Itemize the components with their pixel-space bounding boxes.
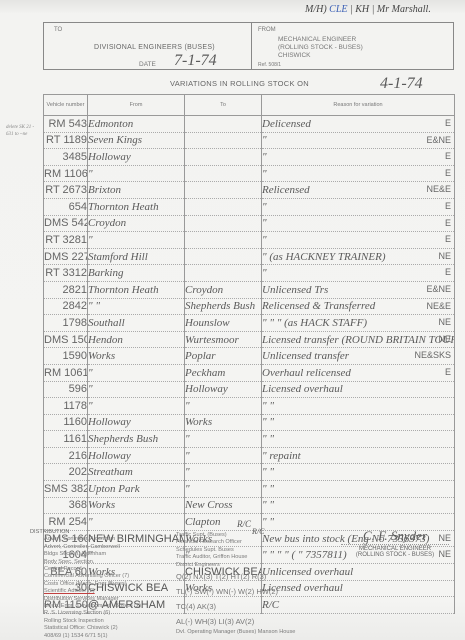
to-garage: ": [185, 398, 262, 415]
to-garage: Croydon: [185, 281, 262, 298]
from-line-2: (ROLLING STOCK - BUSES): [278, 44, 363, 51]
reason-cell: " ": [262, 464, 455, 481]
reason-text: " ": [262, 433, 274, 445]
reason-cell: Unlicensed transferNE&SKS: [262, 348, 455, 365]
to-garage: Works: [185, 414, 262, 431]
district-code-line: TL(-) SW(-) WN(-) W(2) HW(2): [176, 584, 295, 599]
title-date: 4-1-74: [380, 75, 423, 93]
distribution-list-2: Traffic Supt. (Buses)Financial Research …: [176, 532, 295, 636]
table-row: 216Holloway"" repaint: [44, 447, 455, 464]
distribution-footer: Dvl. Operating Manager (Buses) Manson Ho…: [176, 629, 295, 636]
from-garage: ": [88, 364, 185, 381]
routing-blue-mark: CLE: [329, 4, 347, 15]
region-code: NE&SKS: [414, 350, 451, 360]
from-garage: Holloway: [88, 149, 185, 166]
vehicle-number: 596: [44, 381, 88, 398]
region-code: E: [445, 367, 451, 377]
reason-cell: " " " (as HACK STAFF)NE: [262, 315, 455, 332]
reason-text: ": [262, 168, 267, 180]
distribution-item: Distribution Services Manager: [30, 596, 141, 603]
table-row: RT 3312Barking"E: [44, 265, 455, 282]
reason-cell: " ": [262, 481, 455, 498]
to-garage: Wurtesmoor: [185, 331, 262, 348]
reason-text: ": [262, 267, 267, 279]
from-label: FROM: [258, 27, 276, 33]
reason-text: " ": [262, 400, 274, 412]
to-section: TO DIVISIONAL ENGINEERS (BUSES) DATE 7-1…: [44, 23, 252, 69]
to-garage: [185, 165, 262, 182]
table-row: 1798SouthallHounslow" " " (as HACK STAFF…: [44, 315, 455, 332]
region-code: NE&E: [426, 184, 451, 194]
table-row: 1178""" ": [44, 398, 455, 415]
to-garage: ": [185, 464, 262, 481]
table-row: 2821Thornton HeathCroydonUnlicensed TrsE…: [44, 281, 455, 298]
from-garage: Edmonton: [88, 116, 185, 133]
reason-cell: "E&NE: [262, 132, 455, 149]
table-row: RM 1061"PeckhamOverhaul relicensedE: [44, 364, 455, 381]
region-code: E: [445, 168, 451, 178]
vehicle-number: 654: [44, 198, 88, 215]
from-garage: Upton Park: [88, 481, 185, 498]
to-garage: New Cross: [185, 497, 262, 514]
table-row: 202Streatham"" ": [44, 464, 455, 481]
distribution-item: Financial Research Officer: [176, 539, 295, 546]
from-garage: ": [88, 232, 185, 249]
distribution-item: Advert, Controller, Aldenham: [30, 536, 141, 543]
to-garage: [185, 265, 262, 282]
vehicle-number: 2842: [44, 298, 88, 315]
reason-cell: Unlicensed TrsE&NE: [262, 281, 455, 298]
from-garage: Hendon: [88, 331, 185, 348]
reason-text: " ": [262, 466, 274, 478]
table-header: Vehicle number From To Reason for variat…: [44, 95, 455, 116]
margin-note: delete SK 21 - 631 to ~ne: [6, 124, 38, 138]
reason-text: Licensed transfer (ROUND BRITAIN TOUR): [262, 334, 455, 346]
table-row: 654Thornton Heath"E: [44, 198, 455, 215]
reason-text: ": [262, 217, 267, 229]
reason-cell: DelicensedE: [262, 116, 455, 133]
distribution-item: Central Record: [30, 566, 141, 573]
distribution-item: Advert, Controller, Camberwell: [30, 544, 141, 551]
reason-text: ": [262, 201, 267, 213]
from-garage: Holloway: [88, 447, 185, 464]
reason-text: Unlicensed Trs: [262, 284, 328, 296]
region-code: E: [445, 201, 451, 211]
distribution-item: R. S. Licensing Section (6): [30, 610, 141, 617]
vehicle-number: 368: [44, 497, 88, 514]
distribution-item: Bldgs Section, Aldenham: [30, 551, 141, 558]
vehicle-number: 202: [44, 464, 88, 481]
to-garage: [185, 198, 262, 215]
vehicle-number: 2821: [44, 281, 88, 298]
reason-text: " ": [262, 483, 274, 495]
date-label: DATE: [139, 61, 156, 68]
rc-mark: R/C: [237, 519, 251, 529]
col-to: To: [185, 95, 262, 116]
table-row: RT 2673BrixtonRelicensedNE&E: [44, 182, 455, 199]
distribution-item: Statistical Office: Chiswick (2): [30, 625, 141, 632]
vehicle-number: DMS 542: [44, 215, 88, 232]
from-garage: Works: [88, 348, 185, 365]
signature-title-2: (ROLLING STOCK - BUSES): [335, 552, 455, 558]
reason-text: Licensed overhaul: [262, 383, 343, 395]
region-code: E&NE: [426, 135, 451, 145]
table-row: 596"HollowayLicensed overhaul: [44, 381, 455, 398]
region-code: E: [445, 151, 451, 161]
reason-cell: Overhaul relicensedE: [262, 364, 455, 381]
table-row: 3485Holloway"E: [44, 149, 455, 166]
vehicle-number: RT 2673: [44, 182, 88, 199]
distribution-list: DISTRIBUTION Advert, Controller, Aldenha…: [30, 529, 141, 640]
to-garage: ": [185, 481, 262, 498]
table-row: DMS 542Croydon"E: [44, 215, 455, 232]
col-vehicle: Vehicle number: [44, 95, 88, 116]
reason-cell: "E: [262, 149, 455, 166]
to-garage: [185, 215, 262, 232]
from-garage: Southall: [88, 315, 185, 332]
region-code: E: [445, 118, 451, 128]
vehicle-number: DMS 1500: [44, 331, 88, 348]
from-section: FROM MECHANICAL ENGINEER (ROLLING STOCK …: [252, 23, 453, 69]
from-garage: ": [88, 165, 185, 182]
reason-cell: " ": [262, 414, 455, 431]
from-garage: Shepherds Bush: [88, 431, 185, 448]
reason-text: Relicensed: [262, 184, 310, 196]
vehicle-number: 1178: [44, 398, 88, 415]
reason-cell: "E: [262, 265, 455, 282]
distribution-item: Mech. Engr. (Development - Buses) (2): [30, 603, 141, 610]
table-row: DMS 227Stamford Hill" (as HACKNEY TRAINE…: [44, 248, 455, 265]
from-garage: Stamford Hill: [88, 248, 185, 265]
to-garage: Hounslow: [185, 315, 262, 332]
vehicle-number: RM 1061: [44, 364, 88, 381]
to-garage: [185, 248, 262, 265]
from-garage: Holloway: [88, 414, 185, 431]
vehicle-number: 3485: [44, 149, 88, 166]
to-garage: [185, 149, 262, 166]
from-garage: Works: [88, 497, 185, 514]
to-garage: [185, 116, 262, 133]
date-value: 7-1-74: [174, 52, 217, 70]
routing-mid: KH: [355, 4, 369, 15]
memo-header: TO DIVISIONAL ENGINEERS (BUSES) DATE 7-1…: [43, 22, 454, 70]
reason-cell: " ": [262, 431, 455, 448]
table-row: 1160HollowayWorks" ": [44, 414, 455, 431]
table-row: RT 1189Seven Kings"E&NE: [44, 132, 455, 149]
reason-cell: RelicensedNE&E: [262, 182, 455, 199]
table-row: 2842" "Shepherds BushRelicensed & Transf…: [44, 298, 455, 315]
reason-cell: " ": [262, 398, 455, 415]
distribution-item: Body Spec. Section,: [30, 559, 141, 566]
signature: C. F. Snyder: [335, 528, 455, 544]
reason-text: " ": [262, 499, 274, 511]
from-garage: Streatham: [88, 464, 185, 481]
reason-cell: " (as HACKNEY TRAINER)NE: [262, 248, 455, 265]
vehicle-number: RT 3312: [44, 265, 88, 282]
region-code: NE&E: [426, 301, 451, 311]
table-row: DMS 1500HendonWurtesmoorLicensed transfe…: [44, 331, 455, 348]
reason-cell: "E: [262, 165, 455, 182]
table-row: 368WorksNew Cross" ": [44, 497, 455, 514]
reason-cell: Licensed transfer (ROUND BRITAIN TOUR)NE: [262, 331, 455, 348]
region-code: E: [445, 234, 451, 244]
reason-text: Overhaul relicensed: [262, 367, 351, 379]
reason-text: " " " (as HACK STAFF): [262, 317, 367, 329]
distribution-item: Commercial Advertising Officer (7): [30, 573, 141, 580]
from-garage: ": [88, 398, 185, 415]
to-garage: [185, 132, 262, 149]
distribution-item: Rolling Stock Inspection: [30, 618, 141, 625]
reference: Ref. 508/1: [258, 62, 281, 68]
to-garage: Holloway: [185, 381, 262, 398]
reason-cell: "E: [262, 215, 455, 232]
distribution-heading: DISTRIBUTION: [30, 529, 141, 536]
reason-text: " repaint: [262, 450, 301, 462]
reason-text: Unlicensed transfer: [262, 350, 349, 362]
to-garage: ": [185, 431, 262, 448]
to-garage: Peckham: [185, 364, 262, 381]
vehicle-number: RM 543: [44, 116, 88, 133]
distribution-item: Costs Office (Mech. Engr./Buses): [30, 581, 141, 588]
vehicle-number: 1798: [44, 315, 88, 332]
distribution-item: Schedules Supt. Buses: [176, 547, 295, 554]
to-label: TO: [54, 27, 62, 33]
to-garage: [185, 232, 262, 249]
vehicle-number: RT 3281: [44, 232, 88, 249]
to-value: DIVISIONAL ENGINEERS (BUSES): [94, 44, 215, 51]
vehicle-number: SMS 382: [44, 481, 88, 498]
table-row: SMS 382Upton Park"" ": [44, 481, 455, 498]
region-code: E&NE: [426, 284, 451, 294]
vehicle-number: DMS 227: [44, 248, 88, 265]
district-code-line: Q(2) NX(3) T(2) HT(2) R(3): [176, 569, 295, 584]
region-code: NE: [438, 251, 451, 261]
vehicle-number: RM 254: [44, 514, 88, 531]
from-line-3: CHISWICK: [278, 52, 311, 59]
vehicle-number: 216: [44, 447, 88, 464]
from-garage: ": [88, 514, 185, 531]
reason-text: ": [262, 234, 267, 246]
reason-text: Relicensed & Transferred: [262, 300, 375, 312]
table-row: RM 1106""E: [44, 165, 455, 182]
reason-text: ": [262, 151, 267, 163]
routing-prefix: M/H): [305, 4, 327, 15]
from-garage: " ": [88, 298, 185, 315]
from-garage: Thornton Heath: [88, 281, 185, 298]
memo-page: M/H) CLE | KH | Mr Marshall. TO DIVISION…: [0, 0, 465, 640]
vehicle-number: RT 1189: [44, 132, 88, 149]
vehicle-number: 1590: [44, 348, 88, 365]
from-line-1: MECHANICAL ENGINEER: [278, 36, 356, 43]
from-garage: ": [88, 381, 185, 398]
region-code: E: [445, 267, 451, 277]
page-title: VARIATIONS IN ROLLING STOCK ON: [170, 79, 309, 88]
distribution-item: 408/69 (1) 1534 6/71 5(1): [30, 633, 141, 640]
signature-line: [341, 544, 449, 545]
region-code: NE: [438, 317, 451, 327]
routing-name: Mr Marshall.: [377, 4, 431, 15]
reason-cell: " ": [262, 497, 455, 514]
from-garage: Croydon: [88, 215, 185, 232]
reason-cell: Licensed overhaul: [262, 381, 455, 398]
col-from: From: [88, 95, 185, 116]
reason-text: ": [262, 134, 267, 146]
reason-cell: " repaint: [262, 447, 455, 464]
from-garage: Barking: [88, 265, 185, 282]
signature-block: C. F. Snyder MECHANICAL ENGINEER (ROLLIN…: [335, 528, 455, 558]
reason-cell: "E: [262, 232, 455, 249]
to-garage: Poplar: [185, 348, 262, 365]
reason-cell: Relicensed & TransferredNE&E: [262, 298, 455, 315]
from-garage: Thornton Heath: [88, 198, 185, 215]
distribution-item: Traffic Auditor, Griffon House: [176, 554, 295, 561]
to-garage: Shepherds Bush: [185, 298, 262, 315]
vehicle-number: RM 1106: [44, 165, 88, 182]
region-code: E: [445, 218, 451, 228]
reason-text: " (as HACKNEY TRAINER): [262, 251, 385, 263]
col-reason: Reason for variation: [262, 95, 455, 116]
table-row: RT 3281""E: [44, 232, 455, 249]
reason-text: " ": [262, 416, 274, 428]
district-code-line: AL(-) WH(3) LI(3) AV(2): [176, 614, 295, 629]
distribution-item: District Engineers: [176, 562, 295, 569]
table-row: 1161Shepherds Bush"" ": [44, 431, 455, 448]
vehicle-number: 1161: [44, 431, 88, 448]
from-garage: Seven Kings: [88, 132, 185, 149]
district-code-line: TC(4) AK(3): [176, 599, 295, 614]
reason-text: Delicensed: [262, 118, 311, 130]
table-row: RM 543EdmontonDelicensedE: [44, 116, 455, 133]
to-garage: ": [185, 447, 262, 464]
vehicle-number: 1160: [44, 414, 88, 431]
table-row: 1590WorksPoplarUnlicensed transferNE&SKS: [44, 348, 455, 365]
to-garage: [185, 182, 262, 199]
routing-note: M/H) CLE | KH | Mr Marshall.: [305, 4, 431, 15]
region-code: NE: [438, 334, 451, 344]
distribution-item: Scientific Adviser (2): [30, 588, 141, 595]
reason-cell: "E: [262, 198, 455, 215]
distribution-item: Traffic Supt. (Buses): [176, 532, 295, 539]
from-garage: Brixton: [88, 182, 185, 199]
